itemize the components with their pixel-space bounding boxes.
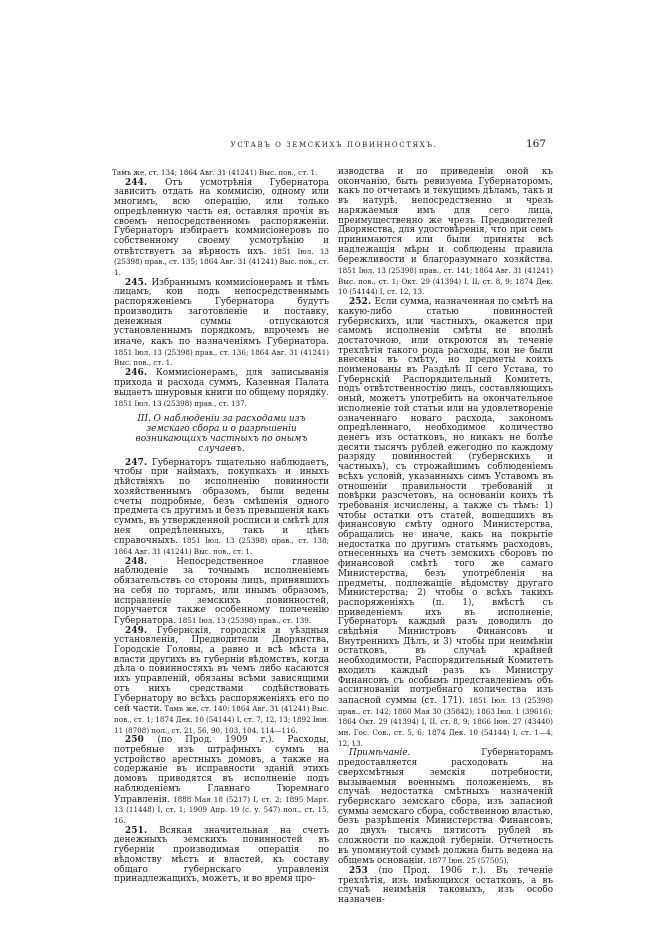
note-text: Губернаторамъ предоставляется расходоват… bbox=[338, 748, 553, 866]
article-248: 248.Непосредственное главное наблюденіе … bbox=[114, 558, 329, 627]
article-text: Если сумма, назначенная по смѣтѣ на каку… bbox=[338, 297, 553, 706]
page-number: 167 bbox=[526, 138, 546, 150]
citation: Тамъ же, ст. 134; 1864 Авг. 31 (41241) В… bbox=[112, 168, 317, 177]
article-246: 246.Коммисіонерамъ, для записыванія прих… bbox=[114, 369, 329, 410]
page-header: УСТАВЪ О ЗЕМСКИХЪ ПОВИННОСТЯХЪ. 167 bbox=[114, 138, 554, 154]
article-251-continuation: изводства и по приведеніи оной къ оконча… bbox=[338, 168, 553, 298]
article-text: изводства и по приведеніи оной къ оконча… bbox=[338, 167, 553, 265]
citation: 1851 Іюл. 13 (25398) прав., ст. 137. bbox=[114, 399, 247, 408]
citation: 1851 Іюл. 13 (25398) прав., ст. 141; 186… bbox=[338, 266, 553, 296]
article-number: 249. bbox=[125, 626, 157, 636]
article-252: 252.Если сумма, назначенная по смѣтѣ на … bbox=[338, 298, 553, 749]
citation: 1877 Іюн. 25 (57505). bbox=[426, 856, 509, 865]
citation: 1851 Іюл. 13 (25398) прав., ст. 136; 186… bbox=[114, 348, 329, 368]
article-number-suffix: (по Прод. 1909 г.). bbox=[158, 735, 288, 745]
article-text: Избраннымъ коммисіонерамъ и тѣмъ лицамъ,… bbox=[114, 278, 329, 347]
article-number: 251. bbox=[125, 826, 159, 836]
document-page: УСТАВЪ О ЗЕМСКИХЪ ПОВИННОСТЯХЪ. 167 Тамъ… bbox=[114, 138, 554, 906]
article-number-suffix: (по Прод. 1906 г.). bbox=[378, 866, 495, 876]
article-text: Губернскія, городскія и уѣздныя установл… bbox=[114, 626, 329, 715]
article-249: 249.Губернскія, городскія и уѣздныя уста… bbox=[114, 627, 329, 737]
article-247: 247.Губернаторъ тщательно наблюдаетъ, чт… bbox=[114, 459, 329, 558]
article-250: 250(по Прод. 1909 г.).Расходы, потребные… bbox=[114, 736, 329, 826]
note-paragraph: Примѣчаніе.Губернаторамъ предоставляется… bbox=[338, 749, 553, 866]
article-number: 245. bbox=[125, 278, 152, 288]
column-left: Тамъ же, ст. 134; 1864 Авг. 31 (41241) В… bbox=[114, 168, 329, 906]
article-number: 246. bbox=[125, 368, 156, 378]
section-heading: III. О наблюденіи за расходами изъ земск… bbox=[118, 414, 325, 455]
article-text: Губернаторъ тщательно наблюдаетъ, чтобы … bbox=[114, 458, 329, 547]
article-text: Всякая значительная на счетъ денежныхъ з… bbox=[114, 826, 329, 885]
article-244: 244.Отъ усмотрѣнія Губернатора зависитъ … bbox=[114, 179, 329, 279]
note-label: Примѣчаніе. bbox=[349, 748, 481, 758]
article-number: 250 bbox=[125, 735, 158, 745]
article-number: 244. bbox=[125, 178, 165, 188]
article-text: Отъ усмотрѣнія Губернатора зависитъ отда… bbox=[114, 178, 329, 257]
column-right: изводства и по приведеніи оной къ оконча… bbox=[338, 168, 553, 906]
text-columns: Тамъ же, ст. 134; 1864 Авг. 31 (41241) В… bbox=[114, 168, 554, 906]
article-253: 253(по Прод. 1906 г.).Въ теченіе трехлѣт… bbox=[338, 867, 553, 906]
article-number: 252. bbox=[349, 297, 374, 307]
running-title: УСТАВЪ О ЗЕМСКИХЪ ПОВИННОСТЯХЪ. bbox=[114, 141, 554, 149]
article-number: 253 bbox=[349, 866, 378, 876]
citation: 1851 Іюл. 13 (25398) прав., ст. 139. bbox=[176, 616, 311, 625]
article-251: 251.Всякая значительная на счетъ денежны… bbox=[114, 827, 329, 885]
article-245: 245.Избраннымъ коммисіонерамъ и тѣмъ лиц… bbox=[114, 279, 329, 369]
